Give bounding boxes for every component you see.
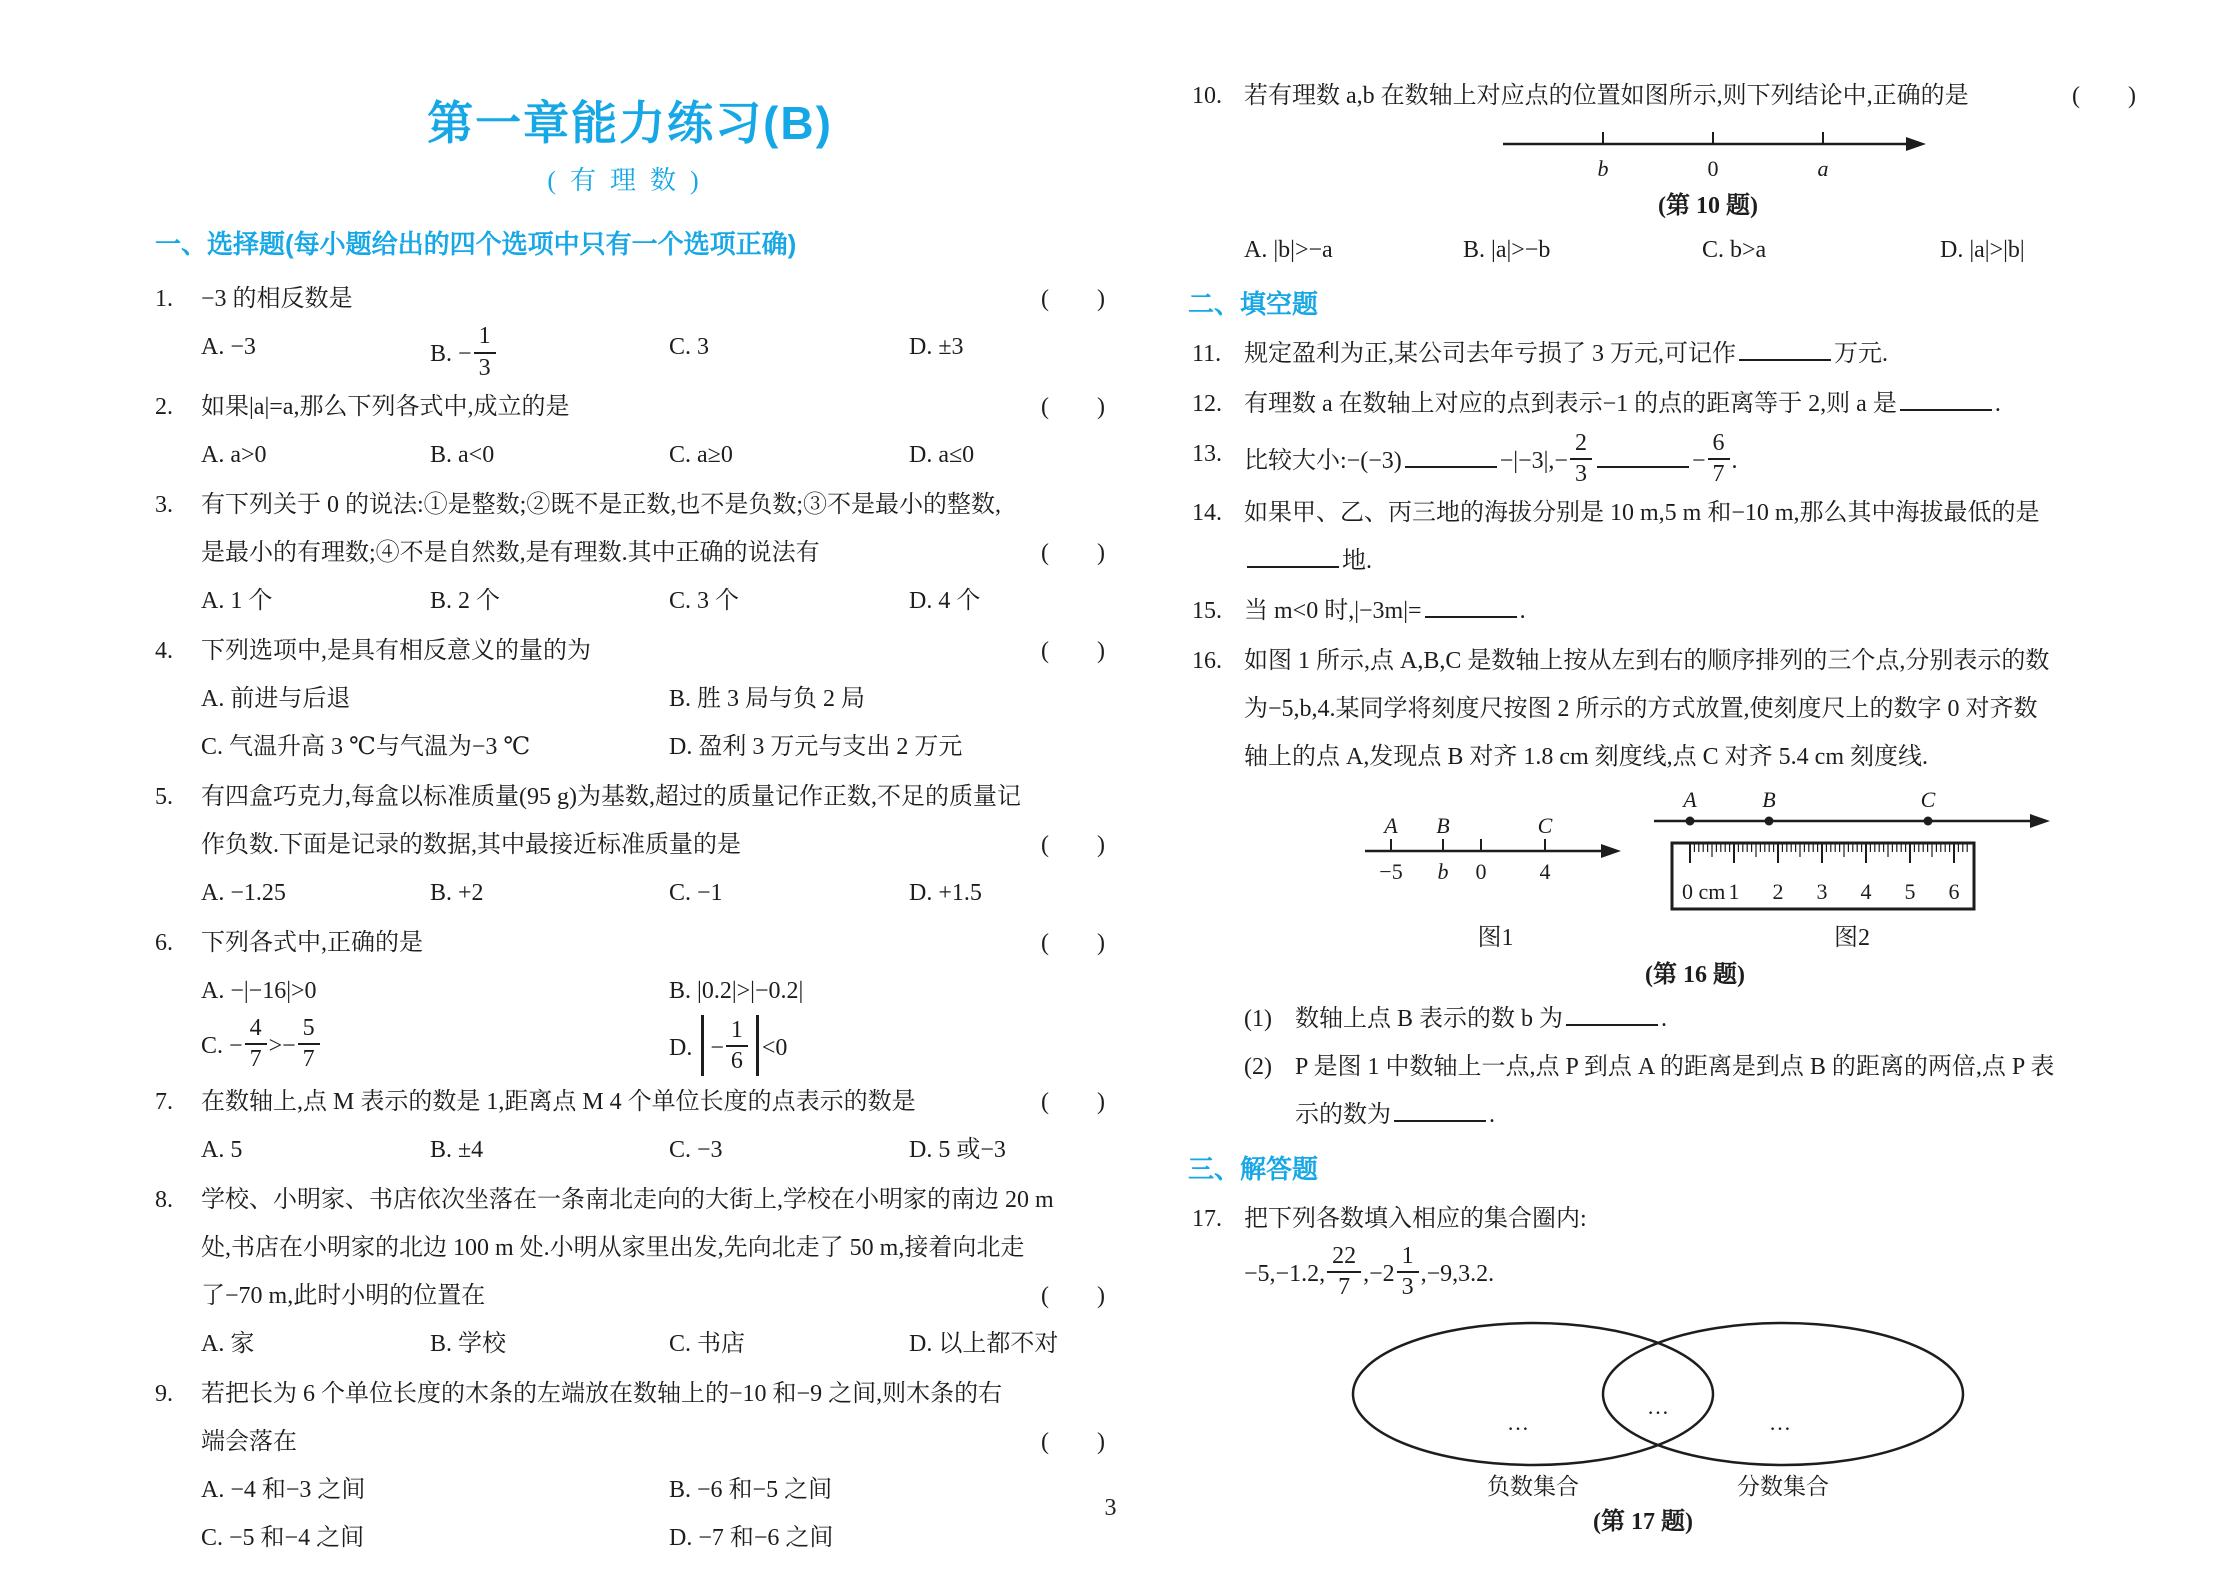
- options-row: C. 气温升高 3 ℃与气温为−3 ℃ D. 盈利 3 万元与支出 2 万元: [201, 723, 1105, 771]
- stem-line-1: 有四盒巧克力,每盒以标准质量(95 g)为基数,超过的质量记作正数,不足的质量记: [201, 773, 1105, 821]
- option-d: D. a≤0: [909, 431, 1105, 479]
- answer-blank: [1394, 1099, 1486, 1122]
- ruler-4: 4: [1861, 879, 1872, 904]
- question-number: 12.: [1192, 380, 1222, 428]
- question-9: 9. 若把长为 6 个单位长度的木条的左端放在数轴上的−10 和−9 之间,则木…: [155, 1370, 1105, 1562]
- fraction: 67: [1708, 430, 1730, 487]
- question-number: 7.: [155, 1078, 173, 1126]
- options-row: A. −|−16|>0 B. |0.2|>|−0.2|: [201, 967, 1105, 1015]
- answer-paren: ( ): [1041, 1418, 1105, 1466]
- answer-blank: [1597, 445, 1689, 468]
- minus-sign: −: [710, 1035, 724, 1061]
- q10-figure-caption: (第 10 题): [1488, 186, 1928, 226]
- question-3: 3. 有下列关于 0 的说法:①是整数;②既不是正数,也不是负数;③不是最小的整…: [155, 481, 1105, 625]
- fraction: 23: [1570, 430, 1592, 487]
- point-B-label: B: [1436, 813, 1449, 838]
- figure-2-caption: 图2: [1652, 921, 2052, 955]
- stem-line-2: 为−5,b,4.某同学将刻度尺按图 2 所示的方式放置,使刻度尺上的数字 0 对…: [1244, 685, 2136, 733]
- option-b: B. −13: [430, 323, 669, 380]
- stem-tail: .: [1995, 391, 2001, 417]
- option-a: A. −3: [201, 323, 430, 380]
- option-a: A. −1.25: [201, 869, 430, 917]
- stem-line-1: P 是图 1 中数轴上一点,点 P 到点 A 的距离是到点 B 的距离的两倍,点…: [1295, 1043, 2136, 1091]
- stem-text: 下列选项中,是具有相反意义的量的为: [201, 638, 591, 664]
- option-c: C. −47>−57: [201, 1015, 669, 1076]
- question-5: 5. 有四盒巧克力,每盒以标准质量(95 g)为基数,超过的质量记作正数,不足的…: [155, 773, 1105, 917]
- minus-sign: −: [229, 1033, 243, 1059]
- option-b: B. a<0: [430, 431, 669, 479]
- stem-text: 有理数 a 在数轴上对应的点到表示−1 的点的距离等于 2,则 a 是: [1244, 391, 1897, 417]
- q16-figure-caption: (第 16 题): [1363, 955, 2027, 995]
- option-label: D.: [669, 1035, 692, 1061]
- question-number: 3.: [155, 481, 173, 529]
- right-set-dots: …: [1769, 1410, 1791, 1435]
- minus-sign: −: [1692, 448, 1706, 474]
- option-b: B. |0.2|>|−0.2|: [669, 967, 1105, 1015]
- stem-text: 示的数为: [1295, 1102, 1391, 1128]
- option-a: A. a>0: [201, 431, 430, 479]
- options-row: A. 5 B. ±4 C. −3 D. 5 或−3: [201, 1126, 1105, 1174]
- value-4: 4: [1540, 859, 1551, 884]
- option-b: B. +2: [430, 869, 669, 917]
- option-b: B. 学校: [430, 1320, 669, 1368]
- ruler-5: 5: [1905, 879, 1916, 904]
- ruler-1: 1: [1729, 879, 1740, 904]
- subquestion-1: (1) 数轴上点 B 表示的数 b 为.: [1244, 995, 2136, 1043]
- stem-text: 了−70 m,此时小明的位置在: [201, 1283, 485, 1309]
- answer-paren: ( ): [1041, 821, 1105, 869]
- answer-paren: ( ): [1041, 1272, 1105, 1320]
- answer-paren: ( ): [1041, 529, 1105, 577]
- ruler-0cm: 0 cm: [1682, 879, 1725, 904]
- option-d: D. 5 或−3: [909, 1126, 1105, 1174]
- subquestion-number: (2): [1244, 1043, 1272, 1091]
- answer-blank: [1900, 388, 1992, 411]
- value-b: b: [1438, 859, 1449, 884]
- options-row: A. |b|>−a B. |a|>−b C. b>a D. |a|>|b|: [1244, 226, 2136, 274]
- numbers-part: ,−2: [1363, 1261, 1395, 1287]
- absolute-value-bars: −16: [701, 1015, 759, 1076]
- answer-blank: [1566, 1003, 1658, 1026]
- answer-paren: ( ): [1041, 627, 1105, 675]
- option-d: D. 4 个: [909, 577, 1105, 625]
- numbers-part: −5,−1.2,: [1244, 1261, 1325, 1287]
- question-17: 17. 把下列各数填入相应的集合圈内: −5,−1.2,227,−213,−9,…: [1188, 1195, 2136, 1300]
- options-row: A. 1 个 B. 2 个 C. 3 个 D. 4 个: [201, 577, 1105, 625]
- question-number: 4.: [155, 627, 173, 675]
- answer-paren: ( ): [1041, 1078, 1105, 1126]
- question-stem: 下列选项中,是具有相反意义的量的为 ( ): [201, 627, 1105, 675]
- stem-text: 下列各式中,正确的是: [201, 930, 423, 956]
- stem-text: 是最小的有理数;④不是自然数,是有理数.其中正确的说法有: [201, 540, 820, 566]
- question-number: 10.: [1192, 72, 1222, 120]
- q16-figures: A B C −5 b 0 4 图1 A B: [1363, 791, 2136, 955]
- fraction: 13: [1397, 1243, 1419, 1300]
- venn-circles: … … … 负数集合 分数集合: [1318, 1302, 1968, 1502]
- option-c: C. b>a: [1702, 226, 1940, 274]
- option-d: D. ±3: [909, 323, 1105, 380]
- figure-1-caption: 图1: [1363, 921, 1628, 955]
- page-title: 第一章能力练习(B): [155, 96, 1105, 151]
- number-line: A B C −5 b 0 4: [1363, 813, 1628, 921]
- numbers-part: ,−9,3.2.: [1421, 1261, 1495, 1287]
- stem-line-1: 如图 1 所示,点 A,B,C 是数轴上按从左到右的顺序排列的三个点,分别表示的…: [1244, 637, 2136, 685]
- point-b-label: b: [1598, 156, 1609, 181]
- question-number: 14.: [1192, 489, 1222, 537]
- question-stem: −3 的相反数是 ( ): [201, 275, 1105, 323]
- stem-line-2: 端会落在 ( ): [201, 1418, 1105, 1466]
- fraction: 57: [298, 1015, 320, 1072]
- stem-mid: −|−3|,−: [1500, 448, 1568, 474]
- option-d: D. 以上都不对: [909, 1320, 1105, 1368]
- value-minus5: −5: [1379, 859, 1402, 884]
- question-number: 13.: [1192, 430, 1222, 478]
- question-number: 17.: [1192, 1195, 1222, 1243]
- left-set-dots: …: [1507, 1410, 1529, 1435]
- question-stem: 下列各式中,正确的是 ( ): [201, 919, 1105, 967]
- option-a: A. 前进与后退: [201, 675, 669, 723]
- option-d: D. |a|>|b|: [1940, 226, 2136, 274]
- option-a: A. −|−16|>0: [201, 967, 669, 1015]
- point-C-label: C: [1921, 791, 1936, 812]
- q16-subquestions: (1) 数轴上点 B 表示的数 b 为. (2) P 是图 1 中数轴上一点,点…: [1188, 995, 2136, 1139]
- option-b: B. |a|>−b: [1463, 226, 1702, 274]
- fraction: 16: [726, 1017, 748, 1074]
- option-label: C.: [201, 1033, 223, 1059]
- stem-tail: .: [1489, 1102, 1495, 1128]
- question-12: 12. 有理数 a 在数轴上对应的点到表示−1 的点的距离等于 2,则 a 是.: [1188, 380, 2136, 428]
- answer-blank: [1425, 595, 1517, 618]
- options-row: A. −3 B. −13 C. 3 D. ±3: [201, 323, 1105, 380]
- stem-text: 数轴上点 B 表示的数 b 为: [1295, 1006, 1563, 1032]
- option-d: D. 盈利 3 万元与支出 2 万元: [669, 723, 1105, 771]
- option-d: D. −16<0: [669, 1015, 1105, 1076]
- stem-line-1: 学校、小明家、书店依次坐落在一条南北走向的大街上,学校在小明家的南边 20 m: [201, 1176, 1105, 1224]
- q10-options: A. |b|>−a B. |a|>−b C. b>a D. |a|>|b|: [1188, 226, 2136, 274]
- question-number: 6.: [155, 919, 173, 967]
- question-number: 11.: [1192, 330, 1221, 378]
- stem-line-3: 了−70 m,此时小明的位置在 ( ): [201, 1272, 1105, 1320]
- stem-line-1: 若把长为 6 个单位长度的木条的左端放在数轴上的−10 和−9 之间,则木条的右: [201, 1370, 1105, 1418]
- answer-paren: ( ): [1041, 275, 1105, 323]
- left-column: 第一章能力练习(B) (有理数) 一、选择题(每小题给出的四个选项中只有一个选项…: [155, 0, 1105, 1564]
- section-header-fill-blank: 二、填空题: [1188, 288, 2136, 322]
- question-number: 15.: [1192, 587, 1222, 635]
- number-line: b 0 a: [1488, 124, 1928, 186]
- stem-text: 在数轴上,点 M 表示的数是 1,距离点 M 4 个单位长度的点表示的数是: [201, 1089, 916, 1115]
- options-row: A. 家 B. 学校 C. 书店 D. 以上都不对: [201, 1320, 1105, 1368]
- answer-paren: ( ): [1041, 919, 1105, 967]
- option-c: C. a≥0: [669, 431, 909, 479]
- stem-text: 把下列各数填入相应的集合圈内:: [1244, 1195, 2136, 1243]
- subquestion-number: (1): [1244, 995, 1272, 1043]
- point-B-label: B: [1762, 791, 1775, 812]
- option-c: C. 气温升高 3 ℃与气温为−3 ℃: [201, 723, 669, 771]
- stem-text: 作负数.下面是记录的数据,其中最接近标准质量的是: [201, 832, 741, 858]
- stem-line-2: 地.: [1244, 537, 2136, 585]
- option-a: A. 5: [201, 1126, 430, 1174]
- stem-tail: 万元.: [1834, 341, 1888, 367]
- stem-line-2: 示的数为.: [1295, 1091, 2136, 1139]
- answer-blank: [1739, 338, 1831, 361]
- point-A-label: A: [1382, 813, 1398, 838]
- question-number: 9.: [155, 1370, 173, 1418]
- section-header-solve: 三、解答题: [1188, 1153, 2136, 1187]
- option-label: B.: [430, 341, 452, 367]
- ruler-ticks: [1690, 843, 1967, 863]
- option-c: C. −3: [669, 1126, 909, 1174]
- question-15: 15. 当 m<0 时,|−3m|=.: [1188, 587, 2136, 635]
- question-13: 13. 比较大小:−(−3)−|−3|,−23−67.: [1188, 430, 2136, 487]
- stem-tail: .: [1661, 1006, 1667, 1032]
- comparison-sign: >−: [269, 1033, 296, 1059]
- figure-1: A B C −5 b 0 4 图1: [1363, 813, 1628, 955]
- figure-2: A B C 0 cm 1 2 3 4 5 6 图2: [1652, 791, 2052, 955]
- question-stem: 若有理数 a,b 在数轴上对应点的位置如图所示,则下列结论中,正确的是 ( ): [1244, 72, 2136, 120]
- stem-tail: .: [1732, 448, 1738, 474]
- ruler-6: 6: [1949, 879, 1960, 904]
- stem-text: −3 的相反数是: [201, 286, 353, 312]
- fraction: 13: [474, 323, 496, 380]
- stem-line-2: 是最小的有理数;④不是自然数,是有理数.其中正确的说法有 ( ): [201, 529, 1105, 577]
- point-C-label: C: [1538, 813, 1553, 838]
- subquestion-2: (2) P 是图 1 中数轴上一点,点 P 到点 A 的距离是到点 B 的距离的…: [1244, 1043, 2136, 1139]
- question-14: 14. 如果甲、乙、丙三地的海拔分别是 10 m,5 m 和−10 m,那么其中…: [1188, 489, 2136, 585]
- stem-text: 端会落在: [201, 1429, 297, 1455]
- question-4: 4. 下列选项中,是具有相反意义的量的为 ( ) A. 前进与后退 B. 胜 3…: [155, 627, 1105, 771]
- options-row: A. a>0 B. a<0 C. a≥0 D. a≤0: [201, 431, 1105, 479]
- option-c: C. −1: [669, 869, 909, 917]
- question-16: 16. 如图 1 所示,点 A,B,C 是数轴上按从左到右的顺序排列的三个点,分…: [1188, 637, 2136, 781]
- page-subtitle: (有理数): [155, 163, 1105, 199]
- ruler-figure: A B C 0 cm 1 2 3 4 5 6: [1652, 791, 2052, 921]
- question-number: 8.: [155, 1176, 173, 1224]
- number-list: −5,−1.2,227,−213,−9,3.2.: [1244, 1243, 2136, 1300]
- answer-paren: ( ): [1041, 383, 1105, 431]
- option-c: C. 3: [669, 323, 909, 380]
- question-number: 16.: [1192, 637, 1222, 685]
- stem-text: 如果|a|=a,那么下列各式中,成立的是: [201, 394, 569, 420]
- stem-line-1: 有下列关于 0 的说法:①是整数;②既不是正数,也不是负数;③不是最小的整数,: [201, 481, 1105, 529]
- stem-text: 比较大小:−(−3): [1244, 448, 1402, 474]
- stem-tail: 地.: [1342, 548, 1372, 574]
- section-header-choice: 一、选择题(每小题给出的四个选项中只有一个选项正确): [155, 228, 1105, 262]
- stem-tail: .: [1520, 598, 1526, 624]
- option-b: B. 胜 3 局与负 2 局: [669, 675, 1105, 723]
- origin-label: 0: [1708, 156, 1719, 181]
- option-b: B. ±4: [430, 1126, 669, 1174]
- value-0: 0: [1476, 859, 1487, 884]
- stem-line-2: 作负数.下面是记录的数据,其中最接近标准质量的是 ( ): [201, 821, 1105, 869]
- question-number: 2.: [155, 383, 173, 431]
- question-11: 11. 规定盈利为正,某公司去年亏损了 3 万元,可记作万元.: [1188, 330, 2136, 378]
- overlap-dots: …: [1647, 1394, 1669, 1419]
- stem-text: 若有理数 a,b 在数轴上对应点的位置如图所示,则下列结论中,正确的是: [1244, 83, 1969, 109]
- point-A-label: A: [1681, 791, 1697, 812]
- right-column: 10. 若有理数 a,b 在数轴上对应点的位置如图所示,则下列结论中,正确的是 …: [1188, 72, 2136, 1542]
- question-number: 1.: [155, 275, 173, 323]
- fraction: 47: [245, 1015, 267, 1072]
- option-b: B. 2 个: [430, 577, 669, 625]
- question-stem: 如果|a|=a,那么下列各式中,成立的是 ( ): [201, 383, 1105, 431]
- question-7: 7. 在数轴上,点 M 表示的数是 1,距离点 M 4 个单位长度的点表示的数是…: [155, 1078, 1105, 1174]
- option-a: A. |b|>−a: [1244, 226, 1463, 274]
- options-row: A. −1.25 B. +2 C. −1 D. +1.5: [201, 869, 1105, 917]
- q10-number-line-figure: b 0 a: [1488, 124, 1928, 186]
- option-d: D. +1.5: [909, 869, 1105, 917]
- stem-text: 当 m<0 时,|−3m|=: [1244, 598, 1422, 624]
- answer-blank: [1405, 445, 1497, 468]
- option-c: C. 书店: [669, 1320, 909, 1368]
- question-2: 2. 如果|a|=a,那么下列各式中,成立的是 ( ) A. a>0 B. a<…: [155, 383, 1105, 479]
- q17-venn-diagram: … … … 负数集合 分数集合: [1318, 1302, 1968, 1502]
- option-a: A. 家: [201, 1320, 430, 1368]
- question-1: 1. −3 的相反数是 ( ) A. −3 B. −13 C. 3 D. ±3: [155, 275, 1105, 380]
- question-stem: 在数轴上,点 M 表示的数是 1,距离点 M 4 个单位长度的点表示的数是 ( …: [201, 1078, 1105, 1126]
- answer-paren: ( ): [2072, 72, 2136, 120]
- minus-sign: −: [458, 341, 472, 367]
- question-10: 10. 若有理数 a,b 在数轴上对应点的位置如图所示,则下列结论中,正确的是 …: [1188, 72, 2136, 120]
- question-number: 5.: [155, 773, 173, 821]
- worksheet-page: 第一章能力练习(B) (有理数) 一、选择题(每小题给出的四个选项中只有一个选项…: [0, 0, 2221, 1571]
- question-6: 6. 下列各式中,正确的是 ( ) A. −|−16|>0 B. |0.2|>|…: [155, 919, 1105, 1076]
- point-a-label: a: [1818, 156, 1829, 181]
- stem-line-3: 轴上的点 A,发现点 B 对齐 1.8 cm 刻度线,点 C 对齐 5.4 cm…: [1244, 733, 2136, 781]
- stem-line-2: 处,书店在小明家的北边 100 m 处.小明从家里出发,先向北走了 50 m,接…: [201, 1224, 1105, 1272]
- stem-text: 规定盈利为正,某公司去年亏损了 3 万元,可记作: [1244, 341, 1736, 367]
- comparison-sign: <0: [762, 1035, 788, 1061]
- question-8: 8. 学校、小明家、书店依次坐落在一条南北走向的大街上,学校在小明家的南边 20…: [155, 1176, 1105, 1368]
- options-row: C. −47>−57 D. −16<0: [201, 1015, 1105, 1076]
- option-a: A. 1 个: [201, 577, 430, 625]
- stem-line-1: 如果甲、乙、丙三地的海拔分别是 10 m,5 m 和−10 m,那么其中海拔最低…: [1244, 489, 2136, 537]
- fraction: 227: [1327, 1243, 1361, 1300]
- answer-blank: [1247, 545, 1339, 568]
- option-c: C. 3 个: [669, 577, 909, 625]
- ruler-2: 2: [1773, 879, 1784, 904]
- ruler-3: 3: [1817, 879, 1828, 904]
- page-number: 3: [0, 1488, 2221, 1528]
- options-row: A. 前进与后退 B. 胜 3 局与负 2 局: [201, 675, 1105, 723]
